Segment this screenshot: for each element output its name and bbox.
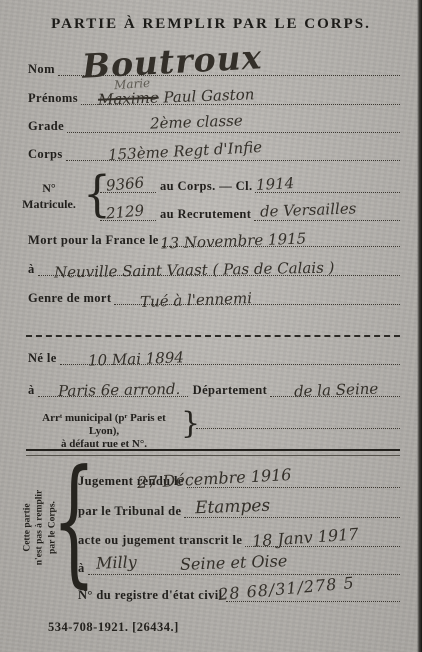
arrondissement-line xyxy=(196,428,400,429)
classe-value: 1914 xyxy=(256,174,295,194)
matricule-label: N° Matricule. xyxy=(18,180,80,212)
record-card: PARTIE À REMPLIR PAR LE CORPS. Nom Boutr… xyxy=(0,0,422,652)
ne-lieu-label: à xyxy=(28,383,38,398)
registre-line xyxy=(226,601,401,602)
genre-mort-label: Genre de mort xyxy=(28,291,114,306)
nom-value: Boutroux xyxy=(81,37,263,85)
ne-le-label: Né le xyxy=(28,351,60,366)
tribunal-label: par le Tribunal de xyxy=(78,504,184,519)
transcrit-label: acte ou jugement transcrit le xyxy=(78,533,245,548)
au-recrutement-label: au Recrutement xyxy=(156,207,254,222)
print-imprint: 534-708-1921. [26434.] xyxy=(48,620,179,635)
matricule-corps-value: 9366 xyxy=(105,173,145,194)
matricule-recrutement-value: 2129 xyxy=(105,201,145,222)
scan-edge-shadow xyxy=(417,0,422,652)
registre-label: N° du registre d'état civil xyxy=(78,588,226,603)
genre-mort-value: Tué à l'ennemi xyxy=(140,289,253,311)
recrutement-lieu-line xyxy=(254,220,400,221)
ne-lieu-value: Paris 6e arrond. xyxy=(58,380,181,400)
ne-le-value: 10 Mai 1894 xyxy=(88,348,184,369)
transcrit-departement-value: Seine et Oise xyxy=(180,551,288,574)
grade-label: Grade xyxy=(28,119,67,134)
mort-lieu-value: Neuville Saint Vaast ( Pas de Calais ) xyxy=(54,259,335,282)
tribunal-value: Etampes xyxy=(195,496,271,519)
mort-le-label: Mort pour la France le xyxy=(28,233,162,248)
matricule-label-no: N° xyxy=(18,180,80,196)
arrondissement-label-line1: Arrᵗ municipal (pʳ Paris et Lyon), xyxy=(28,412,180,438)
nom-label: Nom xyxy=(28,62,58,77)
mort-le-value: 13 Novembre 1915 xyxy=(160,229,307,252)
prenoms-struck: Maxime xyxy=(98,89,159,109)
matricule-label-word: Matricule. xyxy=(18,196,80,212)
grade-value: 2ème classe xyxy=(150,111,243,132)
mort-lieu-label: à xyxy=(28,262,38,277)
corps-label: Corps xyxy=(28,147,66,162)
prenoms-label: Prénoms xyxy=(28,91,81,106)
transcrit-lieu-label: à xyxy=(78,561,88,576)
recrutement-lieu-value: de Versailles xyxy=(260,199,357,220)
arrondissement-label: Arrᵗ municipal (pʳ Paris et Lyon), à déf… xyxy=(28,412,180,451)
field-ne-le: Né le xyxy=(28,349,400,366)
section-divider xyxy=(26,335,400,337)
au-corps-label: au Corps. — Cl. xyxy=(156,179,255,194)
departement-value: de la Seine xyxy=(294,380,379,401)
grade-line xyxy=(67,132,400,133)
matricule-row-corps: au Corps. — Cl. xyxy=(100,177,400,194)
arrondissement-line-row xyxy=(196,413,400,430)
transcrit-lieu-value: Milly xyxy=(96,552,137,572)
prenoms-kept: Paul Gaston xyxy=(163,85,255,106)
departement-label: Département xyxy=(188,383,271,398)
form-title: PARTIE À REMPLIR PAR LE CORPS. xyxy=(0,16,422,33)
